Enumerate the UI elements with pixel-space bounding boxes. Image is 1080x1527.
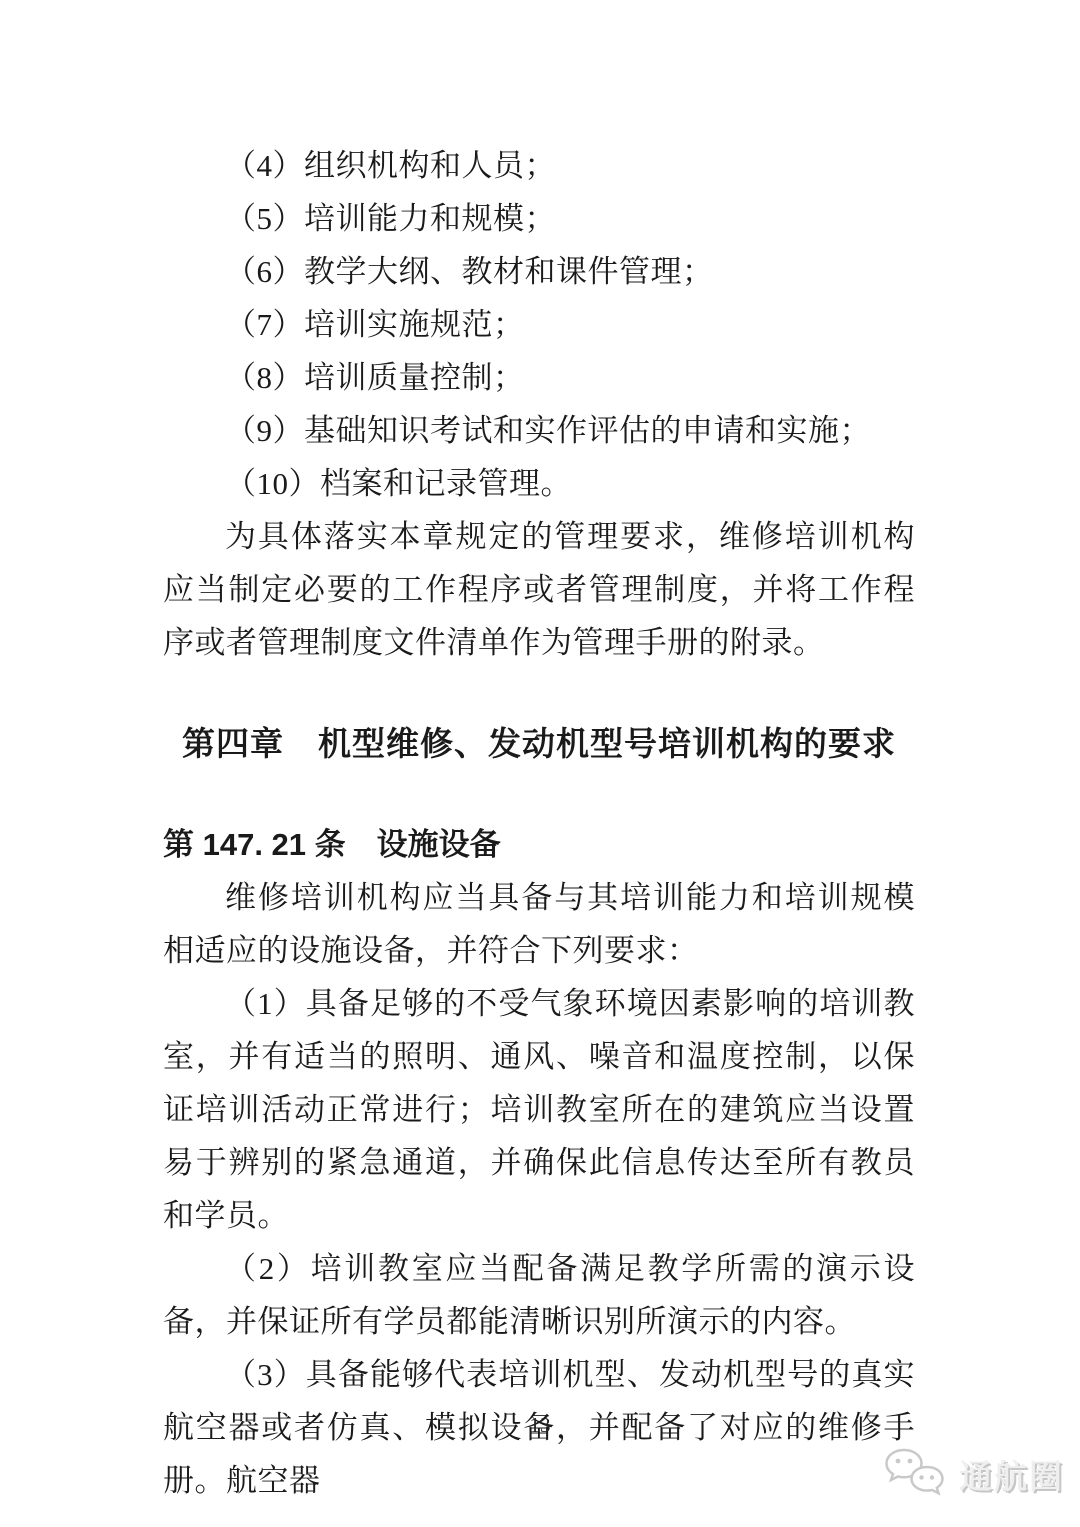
- closing-paragraph: 为具体落实本章规定的管理要求，维修培训机构应当制定必要的工作程序或者管理制度，并…: [163, 510, 915, 669]
- document-page: { "document": { "list_items": [ "（4）组织机构…: [0, 0, 1080, 1527]
- list-item: （4）组织机构和人员；: [163, 139, 915, 192]
- paragraph: （2）培训教室应当配备满足教学所需的演示设备，并保证所有学员都能清晰识别所演示的…: [163, 1242, 915, 1348]
- paragraph: 维修培训机构应当具备与其培训能力和培训规模相适应的设施设备，并符合下列要求：: [163, 871, 915, 977]
- page-content: （4）组织机构和人员； （5）培训能力和规模； （6）教学大纲、教材和课件管理；…: [163, 139, 915, 1507]
- list-item: （9）基础知识考试和实作评估的申请和实施；: [163, 404, 915, 457]
- chapter-heading: 第四章 机型维修、发动机型号培训机构的要求: [163, 719, 915, 772]
- page-number: 13: [0, 1412, 1080, 1438]
- paragraph: （1）具备足够的不受气象环境因素影响的培训教室，并有适当的照明、通风、噪音和温度…: [163, 977, 915, 1242]
- section-heading: 第 147. 21 条 设施设备: [163, 818, 915, 871]
- wechat-icon: [883, 1447, 947, 1501]
- list-item: （7）培训实施规范；: [163, 298, 915, 351]
- list-item: （10）档案和记录管理。: [163, 457, 915, 510]
- watermark: 通航圈: [883, 1447, 1064, 1501]
- list-item: （5）培训能力和规模；: [163, 192, 915, 245]
- list-item: （8）培训质量控制；: [163, 351, 915, 404]
- watermark-label: 通航圈: [959, 1451, 1064, 1498]
- list-item: （6）教学大纲、教材和课件管理；: [163, 245, 915, 298]
